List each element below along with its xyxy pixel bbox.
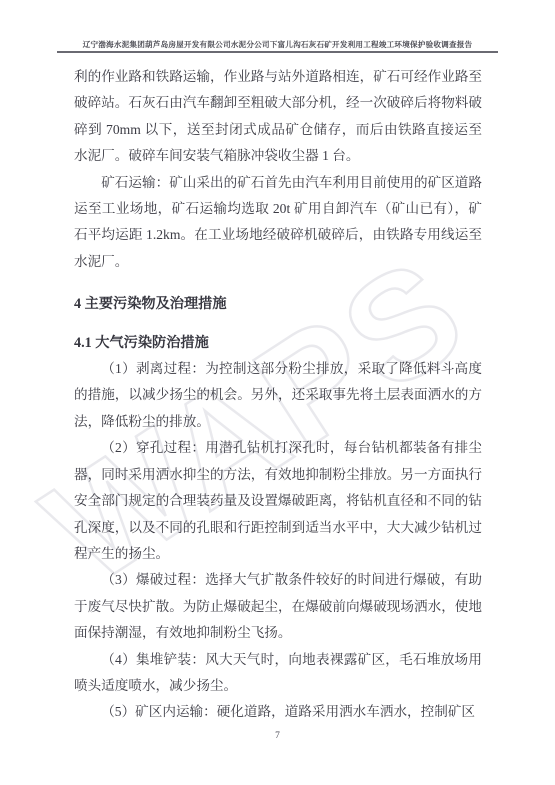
running-header-title: 辽宁渤海水泥集团葫芦岛房屋开发有限公司水泥分公司下富儿沟石灰石矿开发利用工程竣工… bbox=[57, 39, 498, 50]
list-item-4-loading: （4）集堆铲装：风大天气时，向地表裸露矿区，毛石堆放场用喷头适度喷水，减少扬尘。 bbox=[74, 647, 482, 700]
list-item-5-transport: （5）矿区内运输：硬化道路，道路采用洒水车洒水，控制矿区 bbox=[74, 699, 482, 725]
document-page: 辽宁渤海水泥集团葫芦岛房屋开发有限公司水泥分公司下富儿沟石灰石矿开发利用工程竣工… bbox=[0, 0, 555, 785]
list-item-3-blasting: （3）爆破过程：选择大气扩散条件较好的时间进行爆破，有助于废气尽快扩散。为防止爆… bbox=[74, 567, 482, 646]
list-item-2-drilling: （2）穿孔过程：用潜孔钻机打深孔时，每台钻机都装备有排尘器，同时采用洒水抑尘的方… bbox=[74, 435, 482, 567]
section-heading-4: 4 主要污染物及治理措施 bbox=[74, 291, 482, 317]
page-number: 7 bbox=[0, 731, 555, 741]
document-body: 利的作业路和铁路运输，作业路与站外道路相连，矿石可经作业路至破碎站。石灰石由汽车… bbox=[74, 64, 482, 726]
subsection-heading-4-1: 4.1 大气污染防治措施 bbox=[74, 330, 482, 356]
paragraph-continued-from-previous-page: 利的作业路和铁路运输，作业路与站外道路相连，矿石可经作业路至破碎站。石灰石由汽车… bbox=[74, 64, 482, 170]
list-item-1-stripping: （1）剥离过程：为控制这部分粉尘排放，采取了降低料斗高度的措施，以减少扬尘的机会… bbox=[74, 356, 482, 435]
paragraph-ore-transport: 矿石运输：矿山采出的矿石首先由汽车利用目前使用的矿区道路运至工业场地，矿石运输均… bbox=[74, 170, 482, 276]
header-divider-rule bbox=[57, 51, 498, 53]
